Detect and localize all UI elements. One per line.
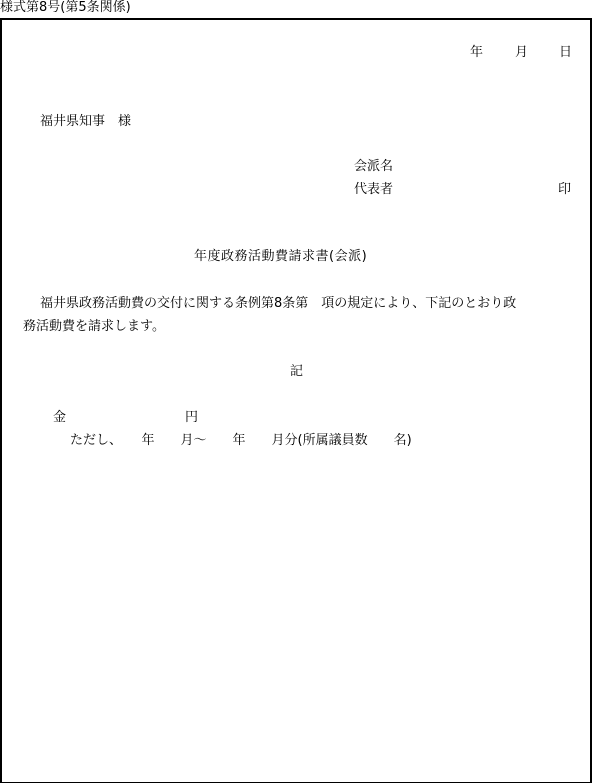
body-text-line-2: 務活動費を請求します。: [23, 319, 165, 335]
body-text-line-1: 福井県政務活動費の交付に関する条例第8条第 項の規定により、下記のとおり政: [40, 296, 516, 312]
period-line: ただし、 年 月～ 年 月分(所属議員数 名): [70, 433, 412, 449]
representative-label: 代表者: [354, 182, 393, 198]
form-label: 様式第8号(第5条関係): [0, 0, 131, 16]
date-month-label: 月: [515, 45, 528, 61]
ki-heading: 記: [290, 364, 303, 380]
seal-mark: 印: [558, 182, 571, 198]
date-year-label: 年: [470, 45, 483, 61]
amount-unit: 円: [185, 410, 198, 426]
amount-prefix: 金: [53, 410, 66, 426]
document-frame: [0, 18, 592, 783]
faction-name-label: 会派名: [354, 159, 393, 175]
addressee: 福井県知事 様: [40, 114, 131, 130]
date-day-label: 日: [559, 45, 572, 61]
document-title: 年度政務活動費請求書(会派): [194, 249, 367, 265]
